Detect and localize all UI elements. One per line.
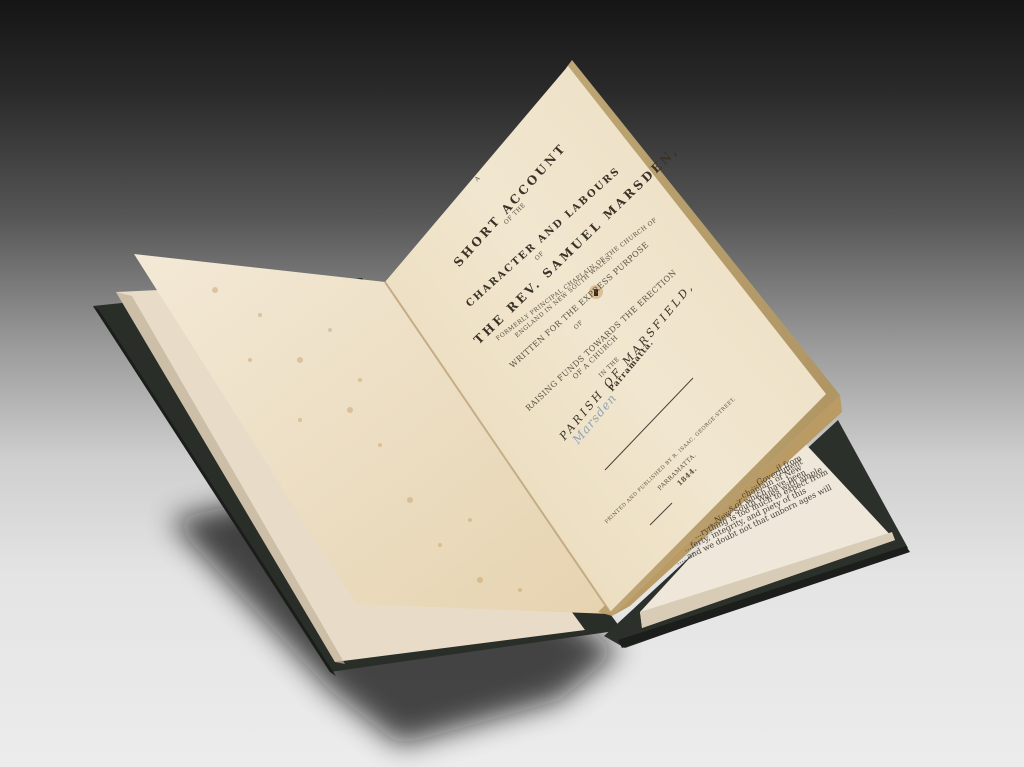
book-illustration bbox=[0, 0, 1024, 767]
photo-scene: A SHORT ACCOUNT OF THE CHARACTER AND LAB… bbox=[0, 0, 1024, 767]
